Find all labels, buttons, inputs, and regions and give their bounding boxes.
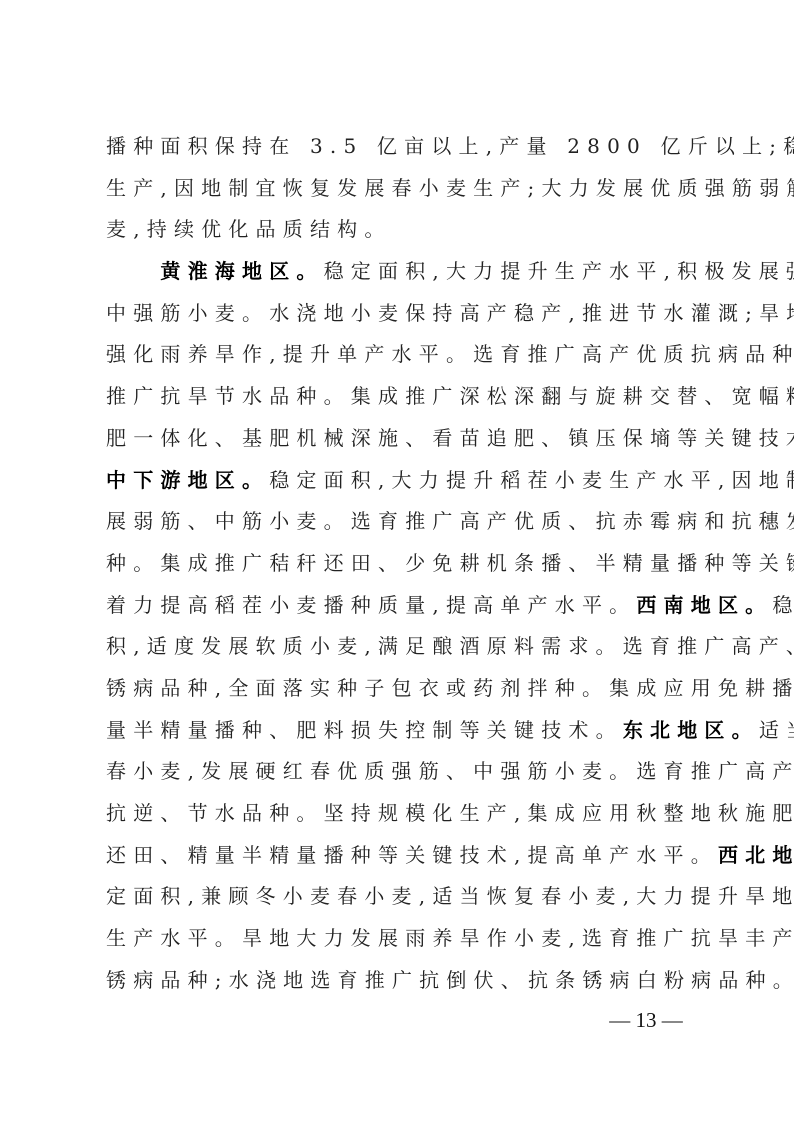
text-line: 强化雨养旱作,提升单产水平。选育推广高产优质抗病品种,旱地 <box>106 334 692 376</box>
text-segment: 适当恢复 <box>759 718 794 742</box>
text-segment: 生产水平。旱地大力发展雨养旱作小麦,选育推广抗旱丰产、抗条 <box>106 926 794 950</box>
region-heading: 西南地区。 <box>636 593 772 617</box>
text-segment: 推广抗旱节水品种。集成推广深松深翻与旋耕交替、宽幅精播、水 <box>106 384 794 408</box>
text-segment: 积,适度发展软质小麦,满足酿酒原料需求。选育推广高产、抗条 <box>106 634 794 658</box>
region-heading: 东北地区。 <box>623 718 759 742</box>
text-line: 生产,因地制宜恢复发展春小麦生产;大力发展优质强筋弱筋小 <box>106 168 692 210</box>
text-line: 量半精量播种、肥料损失控制等关键技术。东北地区。适当恢复 <box>106 710 692 752</box>
text-segment: 春小麦,发展硬红春优质强筋、中强筋小麦。选育推广高产、优质、 <box>106 759 794 783</box>
text-segment: 肥一体化、基肥机械深施、看苗追肥、镇压保墒等关键技术。 <box>106 426 794 450</box>
text-line: 锈病品种;水浇地选育推广抗倒伏、抗条锈病白粉病品种。集成推 <box>106 960 692 1002</box>
text-line: 积,适度发展软质小麦,满足酿酒原料需求。选育推广高产、抗条 <box>106 626 692 668</box>
region-heading: 西北地区。 <box>718 843 794 867</box>
text-line: 中强筋小麦。水浇地小麦保持高产稳产,推进节水灌溉;旱地小麦 <box>106 293 692 335</box>
text-segment: 强化雨养旱作,提升单产水平。选育推广高产优质抗病品种,旱地 <box>106 342 794 366</box>
text-line: 锈病品种,全面落实种子包衣或药剂拌种。集成应用免耕播种、精 <box>106 668 692 710</box>
text-line: 生产水平。旱地大力发展雨养旱作小麦,选育推广抗旱丰产、抗条 <box>106 918 692 960</box>
text-line: 肥一体化、基肥机械深施、看苗追肥、镇压保墒等关键技术。长江 <box>106 418 692 460</box>
text-line: 麦,持续优化品质结构。 <box>106 209 692 251</box>
text-line: 中下游地区。稳定面积,大力提升稻茬小麦生产水平,因地制宜发 <box>106 460 692 502</box>
text-segment: 麦,持续优化品质结构。 <box>106 217 392 241</box>
page-number: — 13 — <box>606 1008 686 1033</box>
body-text: 播种面积保持在 3.5 亿亩以上,产量 2800 亿斤以上;稳定冬小麦生产,因地… <box>106 126 692 1001</box>
text-segment: 中强筋小麦。水浇地小麦保持高产稳产,推进节水灌溉;旱地小麦 <box>106 301 794 325</box>
text-segment: 展弱筋、中筋小麦。选育推广高产优质、抗赤霉病和抗穗发芽品 <box>106 509 794 533</box>
text-line: 春小麦,发展硬红春优质强筋、中强筋小麦。选育推广高产、优质、 <box>106 751 692 793</box>
text-line: 种。集成推广秸秆还田、少免耕机条播、半精量播种等关键技术, <box>106 543 692 585</box>
text-line: 定面积,兼顾冬小麦春小麦,适当恢复春小麦,大力提升旱地小麦 <box>106 876 692 918</box>
text-segment: 稳定面积,大力提升生产水平,积极发展强筋、 <box>324 259 794 283</box>
region-heading: 中下游地区。 <box>106 468 269 492</box>
text-segment: 着力提高稻茬小麦播种质量,提高单产水平。 <box>106 593 636 617</box>
text-segment: 定面积,兼顾冬小麦春小麦,适当恢复春小麦,大力提升旱地小麦 <box>106 884 794 908</box>
text-segment: 稳定面积,大力提升稻茬小麦生产水平,因地制宜发 <box>269 468 794 492</box>
text-line: 黄淮海地区。稳定面积,大力提升生产水平,积极发展强筋、 <box>106 251 692 293</box>
text-line: 还田、精量半精量播种等关键技术,提高单产水平。西北地区。稳 <box>106 835 692 877</box>
text-segment: 锈病品种,全面落实种子包衣或药剂拌种。集成应用免耕播种、精 <box>106 676 794 700</box>
text-segment: 稳定面 <box>772 593 794 617</box>
text-segment: 生产,因地制宜恢复发展春小麦生产;大力发展优质强筋弱筋小 <box>106 176 794 200</box>
text-line: 展弱筋、中筋小麦。选育推广高产优质、抗赤霉病和抗穗发芽品 <box>106 501 692 543</box>
region-heading: 黄淮海地区。 <box>160 259 323 283</box>
text-segment: 播种面积保持在 3.5 亿亩以上,产量 2800 亿斤以上;稳定冬小麦 <box>106 134 794 158</box>
text-line: 播种面积保持在 3.5 亿亩以上,产量 2800 亿斤以上;稳定冬小麦 <box>106 126 692 168</box>
text-segment: 锈病品种;水浇地选育推广抗倒伏、抗条锈病白粉病品种。集成推 <box>106 968 794 992</box>
text-line: 着力提高稻茬小麦播种质量,提高单产水平。西南地区。稳定面 <box>106 585 692 627</box>
text-segment: 还田、精量半精量播种等关键技术,提高单产水平。 <box>106 843 718 867</box>
document-page: 播种面积保持在 3.5 亿亩以上,产量 2800 亿斤以上;稳定冬小麦生产,因地… <box>0 0 794 1123</box>
text-segment <box>106 259 160 283</box>
text-line: 推广抗旱节水品种。集成推广深松深翻与旋耕交替、宽幅精播、水 <box>106 376 692 418</box>
text-line: 抗逆、节水品种。坚持规模化生产,集成应用秋整地秋施肥、秸秆 <box>106 793 692 835</box>
text-segment: 量半精量播种、肥料损失控制等关键技术。 <box>106 718 623 742</box>
text-segment: 种。集成推广秸秆还田、少免耕机条播、半精量播种等关键技术, <box>106 551 794 575</box>
text-segment: 抗逆、节水品种。坚持规模化生产,集成应用秋整地秋施肥、秸秆 <box>106 801 794 825</box>
